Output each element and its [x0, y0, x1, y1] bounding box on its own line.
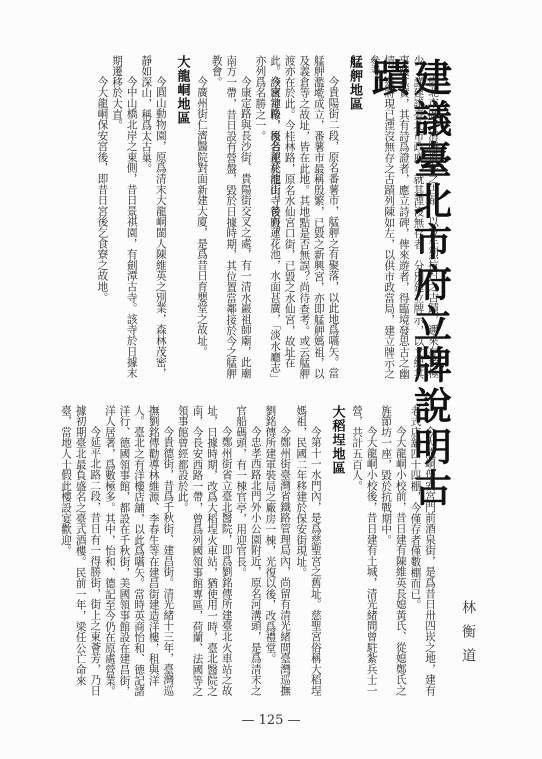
paragraph: 今第十一水門內，是爲慈聖宮之舊址。慈聖宮俗稱大稻埕媽祖，民國二年移建於保安街現址… — [294, 405, 323, 705]
section-heading-bangka: 艋舺地區 — [346, 55, 361, 385]
paragraph: 今貴德街，昔爲千秋街、建昌街。清光緒十三年，臺灣巡撫劉銘傳勸導林維源、李春生等在… — [102, 405, 175, 705]
document-page: 建議臺北市府立牌說明古蹟 林衡道 臺北市區，清時遺存之古蹟，以及先烈抗日之古蹟，… — [0, 0, 542, 759]
paragraph: 今鄭州街臺灣省鐵路管理局內，尚留有清光緒間臺灣巡撫劉銘傳所建軍裝局之廠房一棟，光… — [263, 405, 292, 705]
paragraph: 今廣州街仁濟醫院對面新建大廈，是爲昔日育嬰堂之故址。 — [194, 55, 209, 385]
paragraph: 今大龍峒保安宮後，即昔日宮後乞食寮之故地。 — [95, 55, 110, 385]
paragraph: 今康定路與長沙街、貴陽街交叉之處，有一清水巖祖師廟，此廟南方一帶，昔日設有營盤，… — [209, 55, 253, 385]
page-number: — 125 — — [0, 713, 542, 728]
paragraph: 今大龍峒保安宮門前酒泉街，是爲昔日卅四崁之地，建有老式店舖四十四棚，今僅存者僅數… — [408, 405, 437, 705]
upper-column-left: 今康定路，原名蓮花池街，昔有蓮花池，水面甚廣，「淡水廳志」亦列爲名勝之一。 今康… — [95, 55, 282, 385]
paragraph: 今圓山動物園，原爲清末大龍峒閩人陳維英之別業，森林茂密，靜如深山，稱爲太古巢。 — [139, 55, 168, 385]
intro-paragraph: 臺北市區，清時遺存之古蹟，以及先烈抗日之古蹟，邇來存者極少。謹建議臺北市政府：就… — [367, 55, 440, 385]
section-heading-dalongdong: 大龍峒地區 — [174, 55, 189, 385]
paragraph: 今大龍峒小校前，昔日建有陳維英長媳黃氏、從媳鄭氏之旌節坊一座，毀於抗戰期中。 — [379, 405, 408, 705]
section-heading-dadaocheng: 大稻埕地區 — [329, 405, 344, 705]
paragraph: 今康定路，原名蓮花池街，昔有蓮花池，水面甚廣，「淡水廳志」亦列爲名勝之一。 — [253, 55, 282, 385]
lower-column-left: 今鄭州街臺灣省鐵路管理局內，尚留有清光緒間臺灣巡撫劉銘傳所建軍裝局之廠房一棟，光… — [59, 405, 293, 705]
paragraph: 今延平北路二段，昔日有一得勝街，街上之東薈芳，乃日據初期臺北最負盛名之臺式酒樓。… — [59, 405, 103, 705]
upper-column-right: 臺北市區，清時遺存之古蹟，以及先烈抗日之古蹟，邇來存者極少。謹建議臺北市政府：就… — [267, 55, 440, 385]
paragraph: 今大龍峒小校後，昔日建有土城，清光緒間曾駐紮兵士一營，共計五百人。 — [349, 405, 378, 705]
lower-column-right: 今大龍峒保安宮門前酒泉街，是爲昔日卅四崁之地，建有老式店舖四十四棚，今僅存者僅數… — [294, 405, 437, 705]
paragraph: 今中山橋北岸之東側，昔日景祺園，有劍潭古寺。該寺於日據末期遷移於大直。 — [109, 55, 138, 385]
paragraph: 今忠孝西路北門外小公園附近，原名河溝頭，是爲清末之官船碼頭，有一棟官亭，用迎官長… — [234, 405, 263, 705]
paragraph: 今鄭州街省立臺北醫院，即爲劉銘傳所建臺北火車站之故址，日據時期，改爲大稻埕火車站… — [175, 405, 233, 705]
author-name: 林衡道 — [460, 600, 476, 672]
